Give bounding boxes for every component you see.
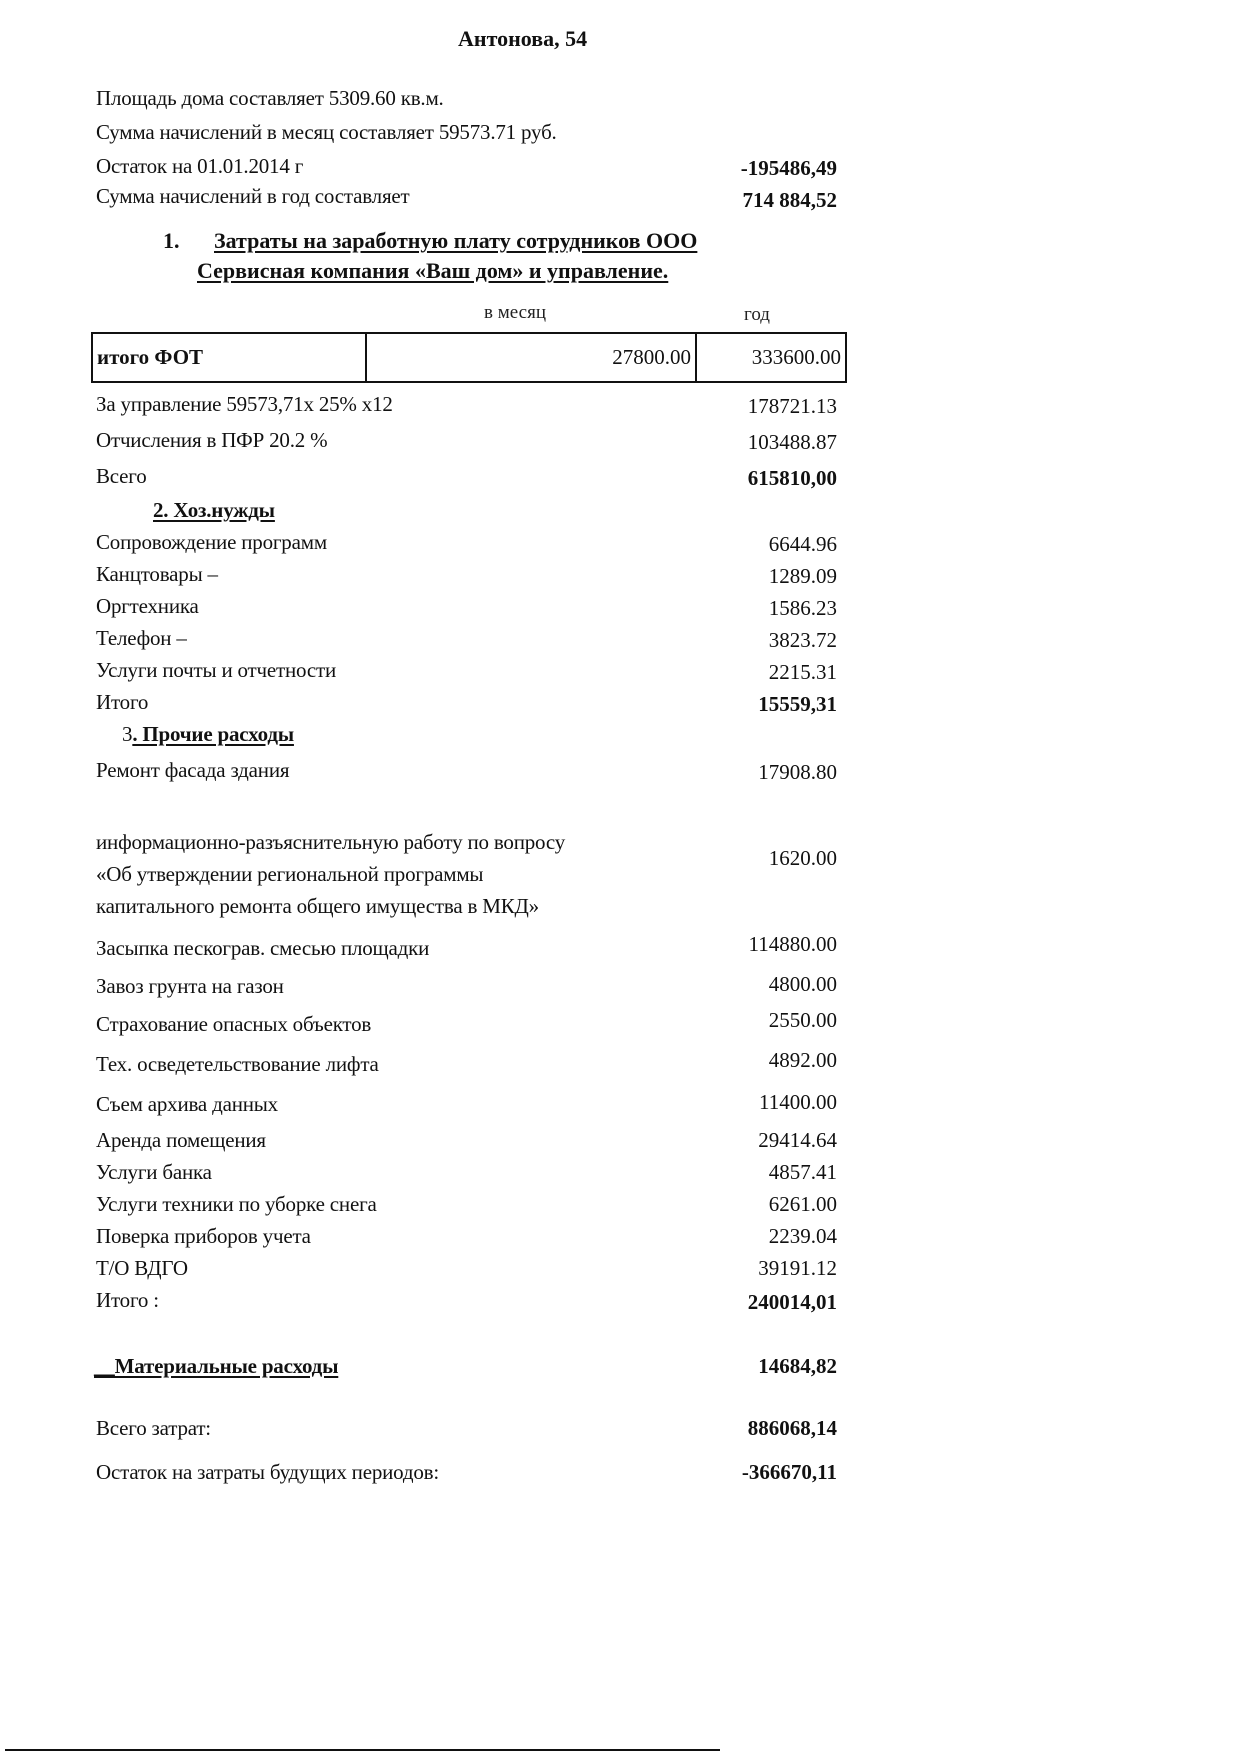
row-value: 29414.64 [617, 1128, 837, 1153]
row-value: 11400.00 [617, 1090, 837, 1115]
section3-title-prefix: 3 [122, 722, 132, 746]
section3-title-text: . Прочие расходы [132, 722, 294, 746]
row-label: Съем архива данных [96, 1092, 278, 1117]
materials-value: 14684,82 [617, 1354, 837, 1379]
row-label: Оргтехника [96, 594, 199, 619]
row-value: 39191.12 [617, 1256, 837, 1281]
fot-label: итого ФОТ [92, 333, 366, 382]
remainder-label: Остаток на затраты будущих периодов: [96, 1460, 439, 1485]
row-label: Поверка приборов учета [96, 1224, 311, 1249]
row-value: 6644.96 [617, 532, 837, 557]
row-label: Завоз грунта на газон [96, 974, 284, 999]
row-label-line: капитального ремонта общего имущества в … [96, 894, 539, 919]
row-label: Услуги почты и отчетности [96, 658, 336, 683]
remainder-value: -366670,11 [617, 1460, 837, 1485]
column-header-month: в месяц [484, 302, 546, 324]
section1-total-value: 615810,00 [617, 466, 837, 491]
row-value: 103488.87 [617, 430, 837, 455]
fot-year-value: 333600.00 [696, 333, 846, 382]
row-value: 1586.23 [617, 596, 837, 621]
row-label: Т/О ВДГО [96, 1256, 188, 1281]
row-value: 1620.00 [617, 846, 837, 871]
row-label: Услуги техники по уборке снега [96, 1192, 377, 1217]
bottom-divider [5, 1749, 720, 1751]
section1-title-line1: Затраты на заработную плату сотрудников … [214, 228, 697, 254]
row-value: 4857.41 [617, 1160, 837, 1185]
row-label-line: «Об утверждении региональной программы [96, 862, 483, 887]
row-value: 114880.00 [617, 932, 837, 957]
row-value: 3823.72 [617, 628, 837, 653]
section2-total-label: Итого [96, 690, 148, 715]
row-value: 17908.80 [617, 760, 837, 785]
section3-total-label: Итого : [96, 1288, 159, 1313]
row-label: Канцтовары – [96, 562, 218, 587]
row-label: Страхование опасных объектов [96, 1012, 371, 1037]
balance-value: -195486,49 [617, 156, 837, 181]
total-costs-label: Всего затрат: [96, 1416, 211, 1441]
yearly-charges-label: Сумма начислений в год составляет [96, 184, 410, 209]
row-value: 2550.00 [617, 1008, 837, 1033]
section1-title-line2: Сервисная компания «Ваш дом» и управлени… [197, 258, 668, 284]
total-costs-value: 886068,14 [617, 1416, 837, 1441]
row-label: Засыпка пескограв. смесью площадки [96, 936, 429, 961]
row-label: За управление 59573,71х 25% х12 [96, 392, 393, 417]
document-title: Антонова, 54 [458, 26, 587, 52]
yearly-charges-value: 714 884,52 [617, 188, 837, 213]
house-area: Площадь дома составляет 5309.60 кв.м. [96, 86, 444, 111]
column-header-year: год [744, 304, 770, 326]
row-value: 2215.31 [617, 660, 837, 685]
row-label: Услуги банка [96, 1160, 212, 1185]
fot-month-value: 27800.00 [366, 333, 696, 382]
row-label: Ремонт фасада здания [96, 758, 289, 783]
row-label-line: информационно-разъяснительную работу по … [96, 830, 565, 855]
row-label: Телефон – [96, 626, 187, 651]
row-value: 4892.00 [617, 1048, 837, 1073]
row-value: 6261.00 [617, 1192, 837, 1217]
section3-total-value: 240014,01 [617, 1290, 837, 1315]
row-value: 178721.13 [617, 394, 837, 419]
section1-total-label: Всего [96, 464, 147, 489]
table-row: итого ФОТ 27800.00 333600.00 [92, 333, 846, 382]
fot-table: итого ФОТ 27800.00 333600.00 [91, 332, 847, 383]
row-value: 1289.09 [617, 564, 837, 589]
section1-number: 1. [163, 228, 180, 254]
materials-label: __Материальные расходы [94, 1354, 338, 1379]
monthly-charges: Сумма начислений в месяц составляет 5957… [96, 120, 557, 145]
row-value: 4800.00 [617, 972, 837, 997]
row-label: Тех. осведетельствование лифта [96, 1052, 379, 1077]
row-label: Аренда помещения [96, 1128, 266, 1153]
row-label: Сопровождение программ [96, 530, 327, 555]
balance-label: Остаток на 01.01.2014 г [96, 154, 303, 179]
section2-total-value: 15559,31 [617, 692, 837, 717]
section3-title: 3. Прочие расходы [122, 722, 294, 747]
row-label: Отчисления в ПФР 20.2 % [96, 428, 327, 453]
row-value: 2239.04 [617, 1224, 837, 1249]
section2-title: 2. Хоз.нужды [153, 498, 275, 523]
